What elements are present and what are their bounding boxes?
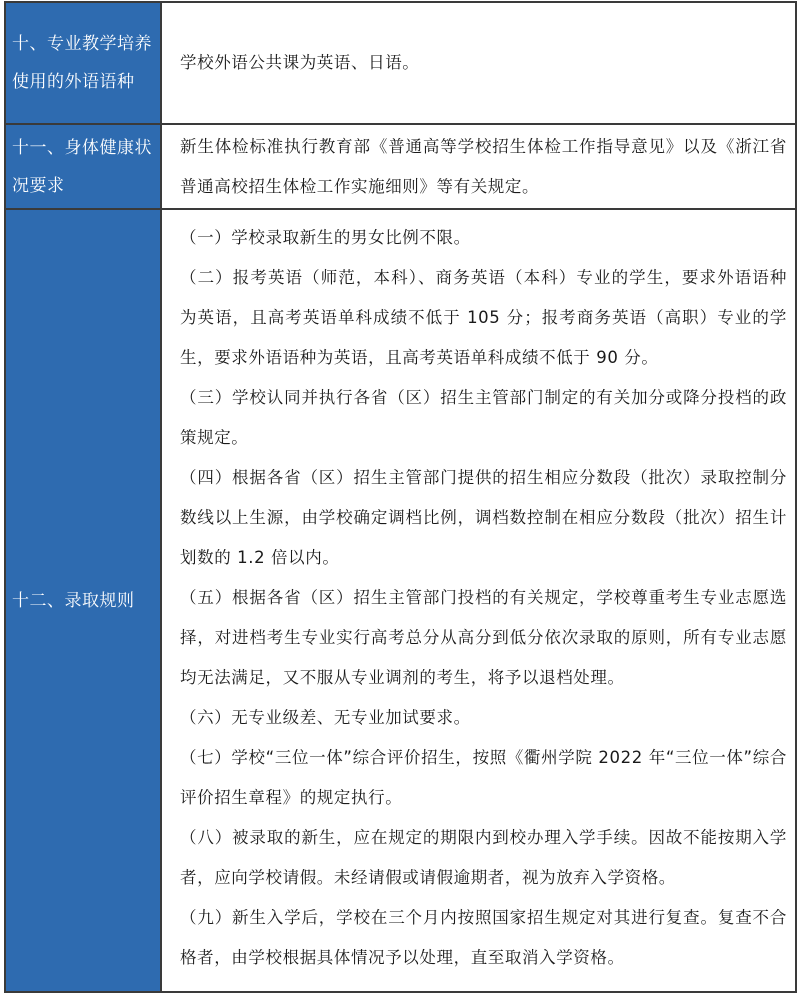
row-label-admission-rules: 十二、录取规则 (5, 209, 161, 992)
rule-paragraph-4: （四）根据各省（区）招生主管部门提供的招生相应分数段（批次）录取控制分数线以上生… (180, 458, 787, 578)
content-text: 新生体检标准执行教育部《普通高等学校招生体检工作指导意见》以及《浙江省普通高校招… (180, 127, 787, 207)
row-content-admission-rules: （一）学校录取新生的男女比例不限。 （二）报考英语（师范，本科）、商务英语（本科… (161, 209, 796, 992)
rule-paragraph-6: （六）无专业级差、无专业加试要求。 (180, 698, 787, 738)
rule-paragraph-2: （二）报考英语（师范，本科）、商务英语（本科）专业的学生，要求外语语种为英语，且… (180, 258, 787, 378)
table-row-health-requirements: 十一、身体健康状况要求 新生体检标准执行教育部《普通高等学校招生体检工作指导意见… (5, 124, 796, 209)
content-text: 学校外语公共课为英语、日语。 (180, 43, 787, 83)
table-row-admission-rules: 十二、录取规则 （一）学校录取新生的男女比例不限。 （二）报考英语（师范，本科）… (5, 209, 796, 992)
row-content-foreign-language: 学校外语公共课为英语、日语。 (161, 2, 796, 124)
rule-paragraph-1: （一）学校录取新生的男女比例不限。 (180, 218, 787, 258)
row-label-foreign-language: 十、专业教学培养使用的外语语种 (5, 2, 161, 124)
rule-paragraph-8: （八）被录取的新生，应在规定的期限内到校办理入学手续。因故不能按期入学者，应向学… (180, 818, 787, 898)
rule-paragraph-3: （三）学校认同并执行各省（区）招生主管部门制定的有关加分或降分投档的政策规定。 (180, 378, 787, 458)
row-content-health-requirements: 新生体检标准执行教育部《普通高等学校招生体检工作指导意见》以及《浙江省普通高校招… (161, 124, 796, 209)
rule-paragraph-5: （五）根据各省（区）招生主管部门投档的有关规定，学校尊重考生专业志愿选择，对进档… (180, 578, 787, 698)
table-row-foreign-language: 十、专业教学培养使用的外语语种 学校外语公共课为英语、日语。 (5, 2, 796, 124)
rule-paragraph-7: （七）学校“三位一体”综合评价招生，按照《衢州学院 2022 年“三位一体”综合… (180, 738, 787, 818)
rule-paragraph-9: （九）新生入学后，学校在三个月内按照国家招生规定对其进行复查。复查不合格者，由学… (180, 898, 787, 978)
row-label-health-requirements: 十一、身体健康状况要求 (5, 124, 161, 209)
enrollment-rules-table: 十、专业教学培养使用的外语语种 学校外语公共课为英语、日语。 十一、身体健康状况… (4, 1, 797, 993)
